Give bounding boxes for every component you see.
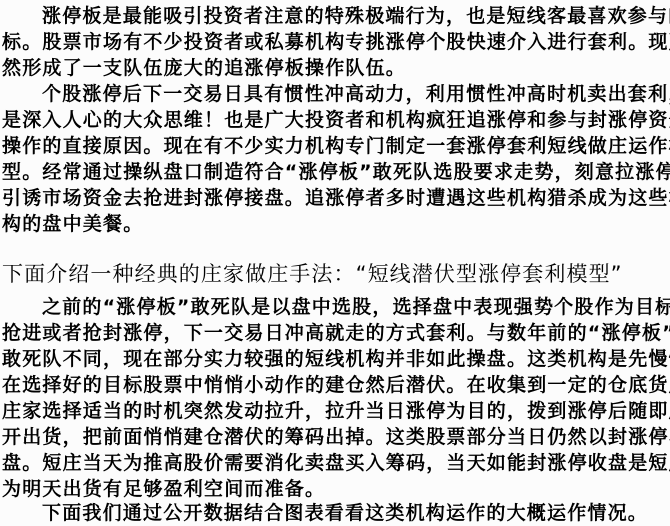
paragraph-4-line-1: 下面我们通过公开数据结合图表看看这类机构运作的大概运作情况。 (42, 502, 648, 524)
paragraph-2-line-2: 是深入人心的大众思维！也是广大投资者和机构疯狂追涨停和参与封涨停资金 (2, 109, 670, 131)
paragraph-2-line-4: 型。经常通过操纵盘口制造符合“涨停板”敢死队选股要求走势，刻意拉涨停 (2, 161, 670, 183)
paragraph-3-line-6: 开出货，把前面悄悄建仓潜伏的筹码出掉。这类股票部分当日仍然以封涨停收 (2, 426, 670, 448)
paragraph-3-line-1: 之前的“涨停板”敢死队是以盘中选股，选择盘中表现强势个股作为目标， (42, 296, 670, 318)
paragraph-3-line-7: 盘。短庄当天为推高股价需要消化卖盘买入筹码，当天如能封涨停收盘是短庄 (2, 452, 670, 474)
paragraph-2-line-6: 构的盘中美餐。 (2, 213, 143, 235)
section-heading: 下面介绍一种经典的庄家做庄手法：“短线潜伏型涨停套利模型” (2, 261, 623, 287)
paragraph-2-line-5: 引诱市场资金去抢进封涨停接盘。追涨停者多时遭遇这些机构猎杀成为这些机 (2, 187, 670, 209)
paragraph-3-line-3: 敢死队不同，现在部分实力较强的短线机构并非如此操盘。这类机构是先慢慢 (2, 348, 670, 370)
paragraph-3-line-2: 抢进或者抢封涨停，下一交易日冲高就走的方式套利。与数年前的“涨停板” (2, 322, 670, 344)
paragraph-1-line-3: 然形成了一支队伍庞大的追涨停板操作队伍。 (2, 57, 406, 79)
paragraph-1-line-2: 标。股票市场有不少投资者或私募机构专挑涨停个股快速介入进行套利。现严 (2, 31, 670, 53)
paragraph-2-line-3: 操作的直接原因。现在有不少实力机构专门制定一套涨停套利短线做庄运作模 (2, 135, 670, 157)
paragraph-3-line-5: 庄家选择适当的时机突然发动拉升，拉升当日涨停为目的，拨到涨停后随即展 (2, 400, 670, 422)
paragraph-3-line-8: 为明天出货有足够盈利空间而准备。 (2, 478, 325, 500)
paragraph-2-line-1: 个股涨停后下一交易日具有惯性冲高动力，利用惯性冲高时机卖出套利，这 (42, 83, 670, 105)
paragraph-1-line-1: 涨停板是最能吸引投资者注意的特殊极端行为，也是短线客最喜欢参与的目 (42, 5, 670, 27)
paragraph-3-line-4: 在选择好的目标股票中悄悄小动作的建仓然后潜伏。在收集到一定的仓底货后， (2, 374, 670, 396)
